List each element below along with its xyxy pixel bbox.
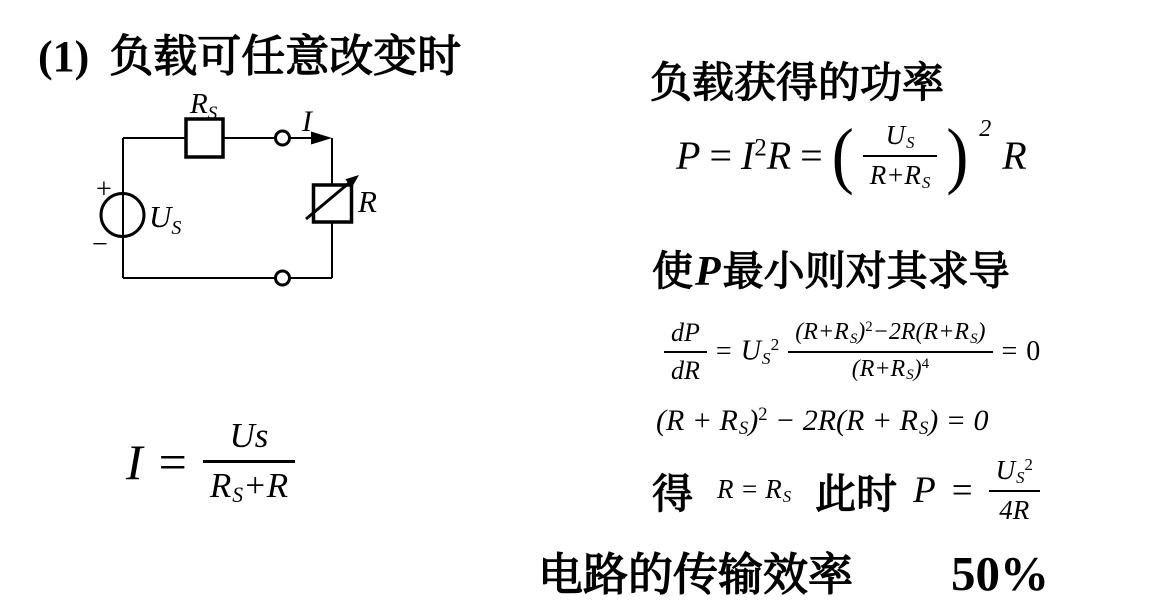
fraction-numerator: (R+RS)2−2R(R+RS) <box>788 319 992 353</box>
result-line: 得 R = RS 此时 P = US2 4R <box>652 455 1040 526</box>
polarity-plus: + <box>96 174 112 205</box>
derivative-formula: dP dR = US2 (R+RS)2−2R(R+RS) (R+RS)4 = 0 <box>664 318 1040 386</box>
result-p: P <box>913 469 936 512</box>
dpdr-fraction: dP dR <box>664 318 707 386</box>
slide: (1) 负载可任意改变时 + − RS I R <box>0 0 1149 614</box>
label-source-resistor: RS <box>189 88 218 124</box>
equals-sign: = <box>716 336 732 368</box>
terminal-top-icon <box>276 131 290 145</box>
fraction-numerator: US2 <box>989 455 1040 492</box>
result-de: 得 <box>652 461 693 520</box>
equals-sign: = <box>709 132 732 179</box>
load-resistor-symbol <box>314 185 352 222</box>
efficiency-label: 电路的传输效率 <box>538 538 853 603</box>
left-paren: ( <box>832 123 854 190</box>
outer-exponent: 2 <box>979 116 991 143</box>
circuit-diagram: + − RS I R US <box>55 88 390 303</box>
derivative-fraction: (R+RS)2−2R(R+RS) (R+RS)4 <box>788 319 992 384</box>
fraction-denominator: R+RS <box>863 157 938 192</box>
label-source-voltage: US <box>149 199 181 239</box>
result-condition: R = RS <box>717 474 791 507</box>
current-formula-fraction: Us RS+R <box>203 416 295 508</box>
current-formula: I = Us RS+R <box>126 416 295 508</box>
fraction-denominator: 4R <box>989 492 1040 526</box>
equals-sign: = <box>1002 336 1018 368</box>
equals-sign: = <box>952 469 973 512</box>
power-i-squared-r: I2R <box>741 132 791 179</box>
title-text: 负载可任意改变时 <box>109 20 461 84</box>
zero: 0 <box>1026 336 1040 368</box>
expanded-formula: (R + RS)2 − 2R(R + RS) = 0 <box>656 404 988 440</box>
terminal-bottom-icon <box>276 271 290 285</box>
power-heading: 负载获得的功率 <box>650 50 944 110</box>
derive-heading-var: P <box>695 248 721 296</box>
power-formula: P = I2R = ( US R+RS ) 2 R <box>676 120 1027 192</box>
fraction-numerator: US <box>863 120 938 157</box>
power-fraction: US R+RS <box>863 120 938 192</box>
result-fraction: US2 4R <box>989 455 1040 526</box>
page-title: (1) 负载可任意改变时 <box>38 20 461 84</box>
efficiency-line: 电路的传输效率 50% <box>538 538 1049 603</box>
efficiency-value: 50% <box>951 545 1049 602</box>
power-p: P <box>676 132 700 179</box>
polarity-minus: − <box>92 229 108 260</box>
derive-heading: 使 P 最小则对其求导 <box>652 238 1010 297</box>
current-arrow-icon <box>311 132 332 145</box>
power-r: R <box>1002 132 1026 179</box>
current-formula-lhs: I <box>126 433 143 491</box>
right-paren: ) <box>946 123 968 190</box>
equals-sign: = <box>159 433 187 491</box>
source-resistor-symbol <box>186 119 223 157</box>
result-cishi: 此时 <box>815 461 897 520</box>
title-number: (1) <box>38 31 89 82</box>
fraction-denominator: (R+RS)4 <box>788 353 992 385</box>
equals-sign: = <box>800 132 823 179</box>
fraction-numerator: Us <box>203 416 295 463</box>
us-squared: US2 <box>741 335 780 368</box>
fraction-denominator: RS+R <box>203 463 295 508</box>
label-load-resistor: R <box>357 184 377 219</box>
